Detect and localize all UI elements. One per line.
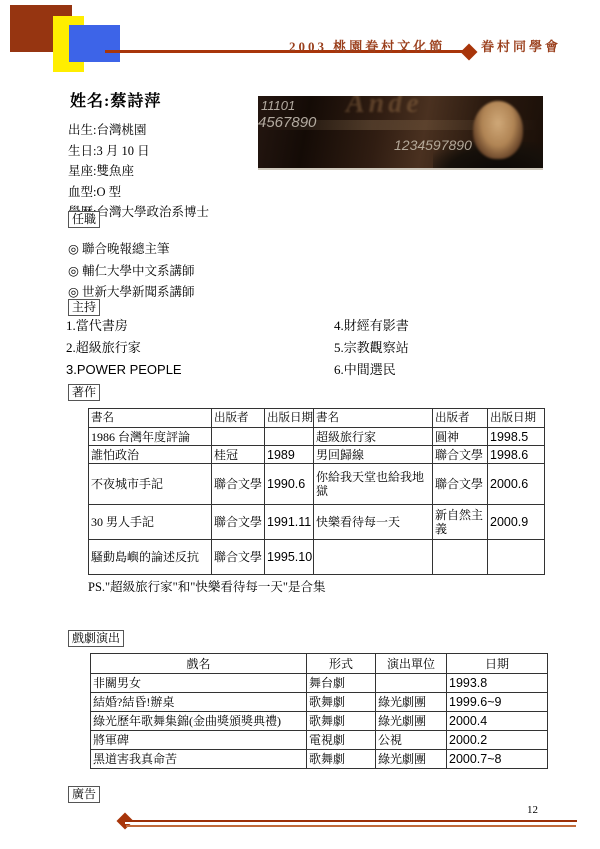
publications-note: PS."超級旅行家"和"快樂看待每一天"是合集 [88, 577, 325, 595]
table-header-cell: 戲名 [91, 654, 307, 674]
table-cell: 綠光劇團 [376, 693, 447, 712]
photo-number-overlay: 1234597890 [394, 137, 472, 153]
deco-blue-square [69, 25, 120, 62]
table-cell: 1999.6~9 [447, 693, 548, 712]
table-header-cell: 出版日期 [488, 409, 545, 428]
list-item: 6.中間選民 [334, 359, 409, 381]
table-row: 黑道害我真命苦歌舞劇綠光劇團2000.7~8 [91, 750, 548, 769]
table-cell: 你給我天堂也給我地獄 [314, 464, 433, 505]
table-header-cell: 演出單位 [376, 654, 447, 674]
table-row: 將軍碑電視劇公視2000.2 [91, 731, 548, 750]
table-cell: 不夜城市手記 [89, 464, 212, 505]
publications-body: 1986 台灣年度評論超級旅行家圓神1998.5誰怕政治桂冠1989男回歸線聯合… [89, 428, 545, 575]
header-title-reunion: 眷村同學會 [481, 36, 561, 55]
table-cell: 30 男人手記 [89, 505, 212, 540]
table-cell: 1993.8 [447, 674, 548, 693]
table-header-cell: 書名 [314, 409, 433, 428]
table-cell: 1989 [265, 446, 314, 464]
table-cell: 舞台劇 [307, 674, 376, 693]
photo-portrait-face [473, 101, 523, 159]
table-cell: 2000.2 [447, 731, 548, 750]
footer-rule-line [125, 820, 577, 824]
table-cell: 綠光劇團 [376, 750, 447, 769]
publications-table: 書名出版者出版日期書名出版者出版日期 1986 台灣年度評論超級旅行家圓神199… [88, 408, 545, 575]
table-header-cell: 出版日期 [265, 409, 314, 428]
table-row: 騷動島嶼的論述反抗聯合文學1995.10 [89, 540, 545, 575]
table-cell: 聯合文學 [212, 540, 265, 575]
table-cell: 黑道害我真命苦 [91, 750, 307, 769]
list-item: 5.宗教觀察站 [334, 337, 409, 359]
table-cell: 公視 [376, 731, 447, 750]
profile-fields: 出生:台灣桃園生日:3 月 10 日星座:雙魚座血型:O 型學歷:台灣大學政治系… [68, 120, 209, 223]
table-cell: 聯合文學 [212, 505, 265, 540]
table-cell: 新自然主義 [433, 505, 488, 540]
table-cell: 綠光歷年歌舞集錦(金曲獎頒獎典禮) [91, 712, 307, 731]
drama-header-row: 戲名形式演出單位日期 [91, 654, 548, 674]
table-row: 誰怕政治桂冠1989男回歸線聯合文學1998.6 [89, 446, 545, 464]
page-number: 12 [527, 804, 538, 816]
table-cell: 1986 台灣年度評論 [89, 428, 212, 446]
table-cell: 歌舞劇 [307, 712, 376, 731]
table-cell: 快樂看待每一天 [314, 505, 433, 540]
list-item: ◎ 輔仁大學中文系講師 [68, 261, 195, 283]
section-label-ad: 廣告 [68, 786, 100, 803]
profile-name: 姓名:蔡詩萍 [70, 88, 209, 111]
table-cell: 2000.9 [488, 505, 545, 540]
drama-table: 戲名形式演出單位日期 非關男女舞台劇1993.8結婚?結昏!辦桌歌舞劇綠光劇團1… [90, 653, 548, 769]
table-cell: 2000.7~8 [447, 750, 548, 769]
table-cell: 圓神 [433, 428, 488, 446]
table-header-cell: 形式 [307, 654, 376, 674]
table-header-cell: 出版者 [433, 409, 488, 428]
list-item: 出生:台灣桃園 [68, 120, 209, 141]
table-cell [314, 540, 433, 575]
table-cell: 歌舞劇 [307, 693, 376, 712]
table-cell: 1991.11 [265, 505, 314, 540]
profile-block: 姓名:蔡詩萍 出生:台灣桃園生日:3 月 10 日星座:雙魚座血型:O 型學歷:… [68, 88, 209, 223]
list-item: 2.超級旅行家 [66, 337, 182, 359]
list-item: 4.財經有影書 [334, 315, 409, 337]
document-page: 2003 桃園眷村文化節 眷村同學會 Ande 11101 4567890 12… [0, 0, 600, 849]
table-row: 結婚?結昏!辦桌歌舞劇綠光劇團1999.6~9 [91, 693, 548, 712]
table-cell: 1998.6 [488, 446, 545, 464]
list-item: 1.當代書房 [66, 315, 182, 337]
table-row: 30 男人手記聯合文學1991.11快樂看待每一天新自然主義2000.9 [89, 505, 545, 540]
list-item: 3.POWER PEOPLE [66, 359, 182, 381]
section-label-publications: 著作 [68, 384, 100, 401]
table-cell: 歌舞劇 [307, 750, 376, 769]
table-header-cell: 出版者 [212, 409, 265, 428]
hosting-list-right: 4.財經有影書5.宗教觀察站6.中間選民 [334, 315, 409, 381]
table-cell: 將軍碑 [91, 731, 307, 750]
table-cell: 1998.5 [488, 428, 545, 446]
table-cell: 聯合文學 [212, 464, 265, 505]
table-row: 綠光歷年歌舞集錦(金曲獎頒獎典禮)歌舞劇綠光劇團2000.4 [91, 712, 548, 731]
header-diamond-icon [461, 44, 478, 61]
table-cell: 2000.6 [488, 464, 545, 505]
table-cell: 聯合文學 [433, 464, 488, 505]
list-item: ◎ 聯合晚報總主筆 [68, 239, 195, 261]
drama-body: 非關男女舞台劇1993.8結婚?結昏!辦桌歌舞劇綠光劇團1999.6~9綠光歷年… [91, 674, 548, 769]
table-header-cell: 書名 [89, 409, 212, 428]
table-cell: 誰怕政治 [89, 446, 212, 464]
table-cell [488, 540, 545, 575]
list-item: 星座:雙魚座 [68, 161, 209, 182]
section-label-hosting: 主持 [68, 299, 100, 316]
table-cell [265, 428, 314, 446]
table-cell: 電視劇 [307, 731, 376, 750]
table-cell: 男回歸線 [314, 446, 433, 464]
table-row: 非關男女舞台劇1993.8 [91, 674, 548, 693]
section-label-positions: 任職 [68, 211, 100, 228]
positions-list: ◎ 聯合晚報總主筆◎ 輔仁大學中文系講師◎ 世新大學新聞系講師 [68, 239, 195, 304]
table-header-cell: 日期 [447, 654, 548, 674]
table-cell: 1990.6 [265, 464, 314, 505]
table-cell: 結婚?結昏!辦桌 [91, 693, 307, 712]
publications-header-row: 書名出版者出版日期書名出版者出版日期 [89, 409, 545, 428]
portrait-photo: Ande 11101 4567890 1234597890 [258, 96, 543, 170]
table-cell: 1995.10 [265, 540, 314, 575]
photo-number-overlay: 11101 [261, 98, 295, 113]
table-cell: 超級旅行家 [314, 428, 433, 446]
table-cell [212, 428, 265, 446]
table-row: 1986 台灣年度評論超級旅行家圓神1998.5 [89, 428, 545, 446]
list-item: 血型:O 型 [68, 182, 209, 203]
list-item: 生日:3 月 10 日 [68, 141, 209, 162]
table-cell [376, 674, 447, 693]
table-cell [433, 540, 488, 575]
section-label-drama: 戲劇演出 [68, 630, 124, 647]
table-cell: 桂冠 [212, 446, 265, 464]
table-cell: 聯合文學 [433, 446, 488, 464]
hosting-list-left: 1.當代書房2.超級旅行家3.POWER PEOPLE [66, 315, 182, 381]
photo-watermark-text: Ande [346, 96, 423, 120]
table-cell: 2000.4 [447, 712, 548, 731]
table-cell: 綠光劇團 [376, 712, 447, 731]
table-row: 不夜城市手記聯合文學1990.6你給我天堂也給我地獄聯合文學2000.6 [89, 464, 545, 505]
table-cell: 非關男女 [91, 674, 307, 693]
photo-number-overlay: 4567890 [258, 114, 316, 131]
table-cell: 騷動島嶼的論述反抗 [89, 540, 212, 575]
header-title-festival: 2003 桃園眷村文化節 [289, 36, 445, 55]
